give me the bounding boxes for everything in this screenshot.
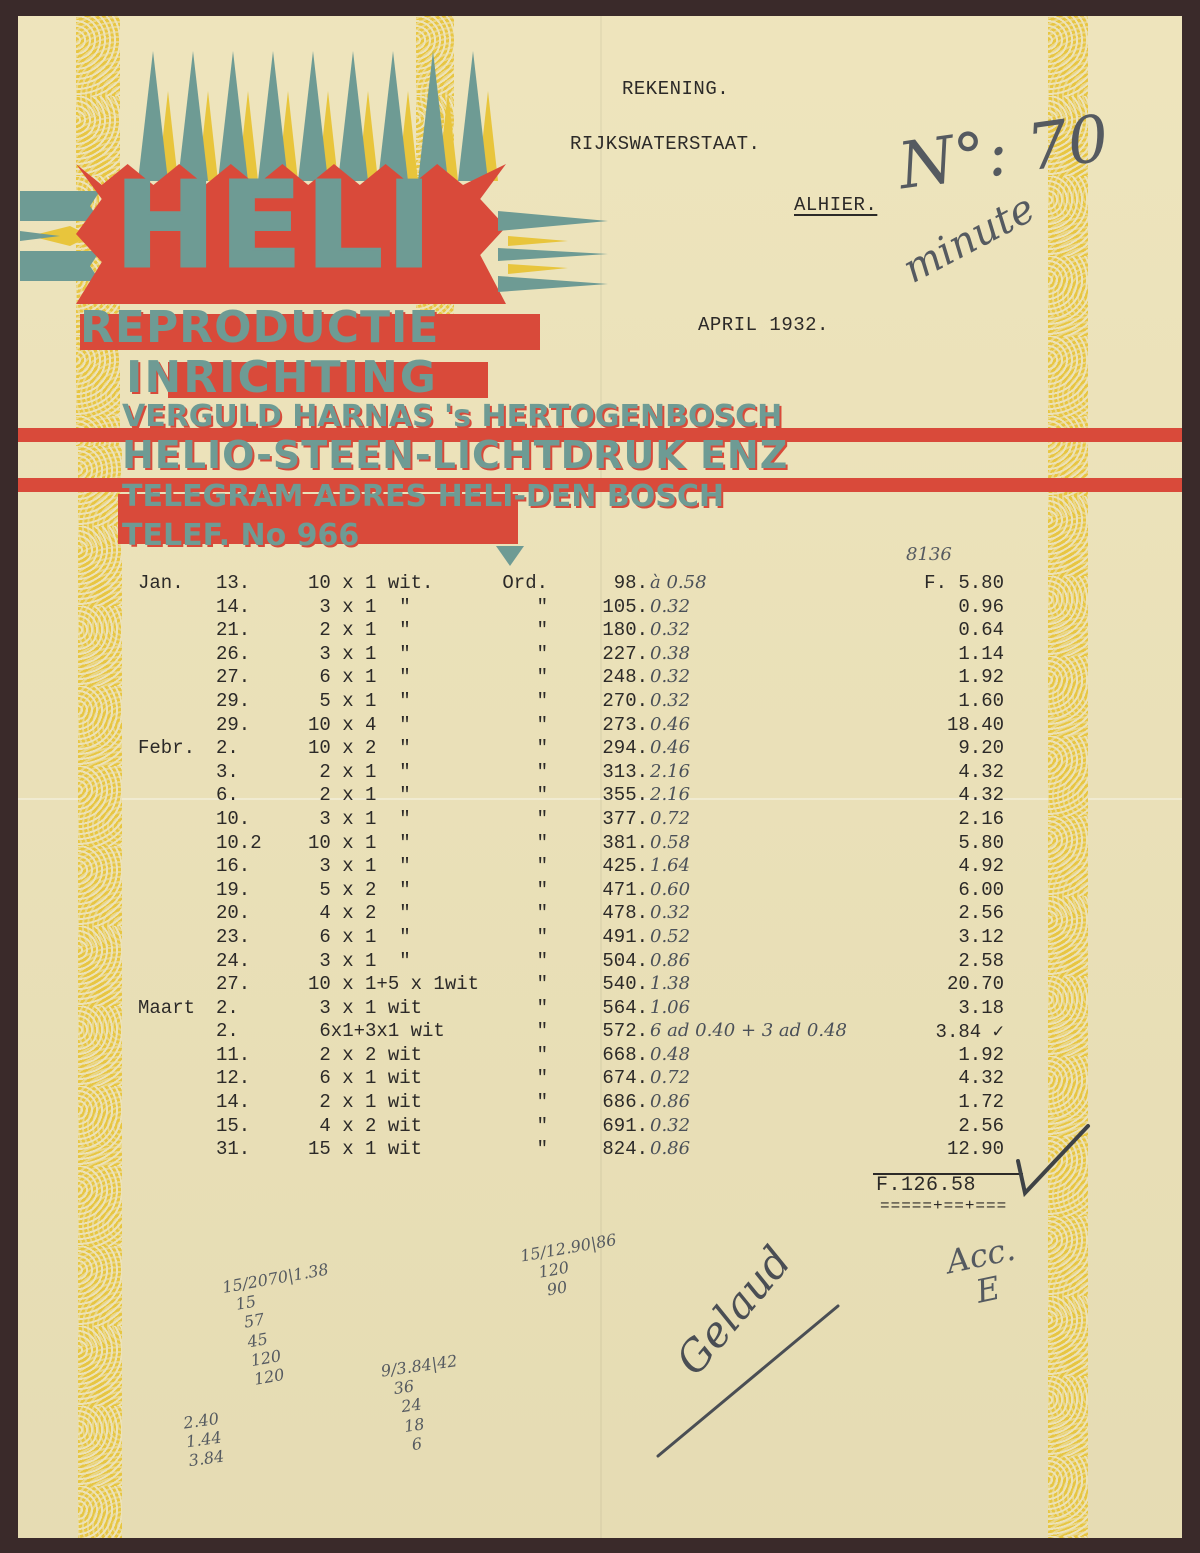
row-reference: 425. xyxy=(548,855,648,877)
handwritten-calculation: 9/3.84|42 36 24 18 6 xyxy=(380,1351,470,1457)
recipient-location: ALHIER. xyxy=(794,194,877,216)
brand-title: HELI xyxy=(115,166,436,284)
row-handwritten-rate: 0.86 xyxy=(650,1138,690,1159)
row-handwritten-rate: 0.32 xyxy=(650,1115,690,1136)
table-row: 15. 4 x 2 wit"691.0.322.56 xyxy=(118,1115,1118,1139)
row-reference: 471. xyxy=(548,879,648,901)
row-day: 27. xyxy=(216,973,286,995)
row-amount: 3.12 xyxy=(858,926,1004,948)
row-amount: 6.00 xyxy=(858,879,1004,901)
row-handwritten-rate: 1.64 xyxy=(650,855,690,876)
row-day: 29. xyxy=(216,690,286,712)
row-amount: 9.20 xyxy=(858,737,1004,759)
letterhead-phone: TELEF. No 966 xyxy=(122,521,359,551)
triangle-pointer-icon xyxy=(496,546,524,566)
row-type: " xyxy=(468,690,548,712)
row-handwritten-rate: 0.38 xyxy=(650,643,690,664)
row-day: 11. xyxy=(216,1044,286,1066)
row-amount: 3.18 xyxy=(858,997,1004,1019)
row-amount: 1.92 xyxy=(858,666,1004,688)
row-reference: 294. xyxy=(548,737,648,759)
row-day: 12. xyxy=(216,1067,286,1089)
table-row: 14. 2 x 1 wit"686.0.861.72 xyxy=(118,1091,1118,1115)
row-reference: 313. xyxy=(548,761,648,783)
recipient: RIJKSWATERSTAAT. xyxy=(570,133,760,155)
row-amount: 1.72 xyxy=(858,1091,1004,1113)
table-row: 10.210 x 1 ""381.0.585.80 xyxy=(118,832,1118,856)
row-reference: 478. xyxy=(548,902,648,924)
row-type: " xyxy=(468,737,548,759)
row-reference: 270. xyxy=(548,690,648,712)
row-day: 29. xyxy=(216,714,286,736)
invoice-paper: HELI REPRODUCTIE INRICHTING VERGULD HARN… xyxy=(18,16,1182,1538)
table-row: 27.10 x 1+5 x 1wit"540.1.3820.70 xyxy=(118,973,1118,997)
row-amount: 2.56 xyxy=(858,902,1004,924)
checkmark-icon xyxy=(1013,1121,1093,1201)
row-amount: 0.96 xyxy=(858,596,1004,618)
row-handwritten-rate: 0.72 xyxy=(650,808,690,829)
row-amount: 4.32 xyxy=(858,761,1004,783)
row-type: " xyxy=(468,1138,548,1160)
row-type: " xyxy=(468,1091,548,1113)
row-amount: 4.32 xyxy=(858,1067,1004,1089)
table-row: 10. 3 x 1 ""377.0.722.16 xyxy=(118,808,1118,832)
row-reference: 248. xyxy=(548,666,648,688)
row-reference: 377. xyxy=(548,808,648,830)
row-type: " xyxy=(468,950,548,972)
table-row: Jan.13.10 x 1 wit.Ord.98.à 0.58F. 5.80 xyxy=(118,572,1118,596)
table-row: 6. 2 x 1 ""355.2.164.32 xyxy=(118,784,1118,808)
row-type: " xyxy=(468,666,548,688)
row-handwritten-rate: 0.32 xyxy=(650,619,690,640)
row-reference: 491. xyxy=(548,926,648,948)
row-amount: 4.32 xyxy=(858,784,1004,806)
row-amount: 2.16 xyxy=(858,808,1004,830)
row-amount: 1.14 xyxy=(858,643,1004,665)
total-double-underline: =====+==+=== xyxy=(880,1197,1007,1215)
letterhead-line: REPRODUCTIE xyxy=(80,306,439,350)
table-row: 20. 4 x 2 ""478.0.322.56 xyxy=(118,902,1118,926)
invoice-date: APRIL 1932. xyxy=(698,314,829,336)
row-type: " xyxy=(468,808,548,830)
row-reference: 564. xyxy=(548,997,648,1019)
row-type: " xyxy=(468,997,548,1019)
row-amount: F. 5.80 xyxy=(858,572,1004,594)
table-row: Maart2. 3 x 1 wit"564.1.063.18 xyxy=(118,997,1118,1021)
row-day: 20. xyxy=(216,902,286,924)
row-type: " xyxy=(468,1020,548,1042)
row-reference: 824. xyxy=(548,1138,648,1160)
row-amount: 12.90 xyxy=(858,1138,1004,1160)
row-amount: 18.40 xyxy=(858,714,1004,736)
row-amount: 2.56 xyxy=(858,1115,1004,1137)
row-type: " xyxy=(468,879,548,901)
row-type: " xyxy=(468,784,548,806)
row-amount: 5.80 xyxy=(858,832,1004,854)
table-row: 12. 6 x 1 wit"674.0.724.32 xyxy=(118,1067,1118,1091)
table-row: 27. 6 x 1 ""248.0.321.92 xyxy=(118,666,1118,690)
row-day: 24. xyxy=(216,950,286,972)
row-handwritten-rate: 0.86 xyxy=(650,1091,690,1112)
row-type: " xyxy=(468,761,548,783)
row-handwritten-rate: 0.58 xyxy=(650,832,690,853)
row-month: Febr. xyxy=(138,737,218,759)
letterhead-telegram: TELEGRAM ADRES HELI-DEN BOSCH xyxy=(122,482,724,512)
row-handwritten-rate: 0.72 xyxy=(650,1067,690,1088)
row-handwritten-rate: 0.32 xyxy=(650,666,690,687)
row-handwritten-rate: 0.32 xyxy=(650,690,690,711)
row-day: 2. xyxy=(216,997,286,1019)
table-row: 16. 3 x 1 ""425.1.644.92 xyxy=(118,855,1118,879)
row-handwritten-rate: 0.46 xyxy=(650,714,690,735)
row-month: Jan. xyxy=(138,572,218,594)
row-type: " xyxy=(468,926,548,948)
row-day: 10.2 xyxy=(216,832,286,854)
row-handwritten-rate: 0.32 xyxy=(650,902,690,923)
row-day: 27. xyxy=(216,666,286,688)
row-reference: 674. xyxy=(548,1067,648,1089)
row-reference: 691. xyxy=(548,1115,648,1137)
row-type: " xyxy=(468,1044,548,1066)
row-day: 10. xyxy=(216,808,286,830)
row-handwritten-rate: 1.06 xyxy=(650,997,690,1018)
row-type: " xyxy=(468,973,548,995)
row-day: 3. xyxy=(216,761,286,783)
row-day: 19. xyxy=(216,879,286,901)
row-amount: 3.84 ✓ xyxy=(858,1020,1004,1043)
invoice-total: F.126.58 xyxy=(876,1174,976,1197)
letterhead-services: HELIO-STEEN-LICHTDRUK ENZ xyxy=(122,436,788,474)
row-reference: 381. xyxy=(548,832,648,854)
row-type: " xyxy=(468,855,548,877)
row-amount: 4.92 xyxy=(858,855,1004,877)
row-handwritten-rate: 0.52 xyxy=(650,926,690,947)
row-reference: 540. xyxy=(548,973,648,995)
row-reference: 504. xyxy=(548,950,648,972)
row-reference: 572. xyxy=(548,1020,648,1042)
row-handwritten-rate: 0.60 xyxy=(650,879,690,900)
row-month: Maart xyxy=(138,997,218,1019)
row-day: 23. xyxy=(216,926,286,948)
row-day: 6. xyxy=(216,784,286,806)
row-reference: 98. xyxy=(548,572,648,594)
table-row: 29.10 x 4 ""273.0.4618.40 xyxy=(118,714,1118,738)
table-row: 19. 5 x 2 ""471.0.606.00 xyxy=(118,879,1118,903)
row-amount: 1.92 xyxy=(858,1044,1004,1066)
letterhead-line: INRICHTING xyxy=(126,356,438,400)
row-reference: 355. xyxy=(548,784,648,806)
row-type: " xyxy=(468,832,548,854)
row-reference: 105. xyxy=(548,596,648,618)
row-type: Ord. xyxy=(468,572,548,594)
row-type: " xyxy=(468,902,548,924)
row-day: 16. xyxy=(216,855,286,877)
row-amount: 2.58 xyxy=(858,950,1004,972)
row-type: " xyxy=(468,619,548,641)
row-reference: 686. xyxy=(548,1091,648,1113)
row-type: " xyxy=(468,1067,548,1089)
row-handwritten-rate: 0.48 xyxy=(650,1044,690,1065)
row-type: " xyxy=(468,714,548,736)
row-day: 26. xyxy=(216,643,286,665)
invoice-ledger: Jan.13.10 x 1 wit.Ord.98.à 0.58F. 5.8014… xyxy=(118,572,1118,1162)
letterhead-logo: HELI REPRODUCTIE INRICHTING VERGULD HARN… xyxy=(18,16,1182,576)
row-day: 2. xyxy=(216,1020,286,1042)
row-handwritten-rate: 1.38 xyxy=(650,973,690,994)
handwritten-calculation: 15/2070|1.38 15 57 45 120 120 xyxy=(221,1260,347,1392)
table-row: 14. 3 x 1 ""105.0.320.96 xyxy=(118,596,1118,620)
row-amount: 20.70 xyxy=(858,973,1004,995)
table-row: Febr.2.10 x 2 ""294.0.469.20 xyxy=(118,737,1118,761)
table-row: 23. 6 x 1 ""491.0.523.12 xyxy=(118,926,1118,950)
table-row: 26. 3 x 1 ""227.0.381.14 xyxy=(118,643,1118,667)
row-amount: 0.64 xyxy=(858,619,1004,641)
approval-note: Acc. E xyxy=(943,1232,1025,1315)
row-amount: 1.60 xyxy=(858,690,1004,712)
row-handwritten-rate: 0.46 xyxy=(650,737,690,758)
table-row: 29. 5 x 1 ""270.0.321.60 xyxy=(118,690,1118,714)
table-row: 3. 2 x 1 ""313.2.164.32 xyxy=(118,761,1118,785)
row-handwritten-rate: 2.16 xyxy=(650,784,690,805)
table-row: 2. 6x1+3x1 wit"572.6 ad 0.40 + 3 ad 0.48… xyxy=(118,1020,1118,1044)
row-reference: 180. xyxy=(548,619,648,641)
row-handwritten-rate: 0.32 xyxy=(650,596,690,617)
row-type: " xyxy=(468,596,548,618)
row-day: 14. xyxy=(216,596,286,618)
row-day: 21. xyxy=(216,619,286,641)
row-reference: 273. xyxy=(548,714,648,736)
row-type: " xyxy=(468,1115,548,1137)
arrow-ornament-right-icon xyxy=(498,206,608,296)
row-handwritten-rate: à 0.58 xyxy=(650,572,707,593)
row-reference: 227. xyxy=(548,643,648,665)
row-day: 2. xyxy=(216,737,286,759)
table-row: 11. 2 x 2 wit"668.0.481.92 xyxy=(118,1044,1118,1068)
row-day: 31. xyxy=(216,1138,286,1160)
handwritten-calculation: 15/12.90|86 120 90 xyxy=(519,1230,625,1304)
row-day: 14. xyxy=(216,1091,286,1113)
row-type: " xyxy=(468,643,548,665)
document-title: REKENING. xyxy=(622,78,729,100)
handwritten-top-note: 8136 xyxy=(906,544,952,565)
row-day: 13. xyxy=(216,572,286,594)
row-handwritten-rate: 0.86 xyxy=(650,950,690,971)
decorative-border-left xyxy=(78,446,122,1538)
row-handwritten-rate: 2.16 xyxy=(650,761,690,782)
row-reference: 668. xyxy=(548,1044,648,1066)
row-handwritten-rate: 6 ad 0.40 + 3 ad 0.48 xyxy=(650,1020,847,1041)
letterhead-address: VERGULD HARNAS 's HERTOGENBOSCH xyxy=(122,402,782,432)
table-row: 31.15 x 1 wit"824.0.8612.90 xyxy=(118,1138,1118,1162)
table-row: 24. 3 x 1 ""504.0.862.58 xyxy=(118,950,1118,974)
row-day: 15. xyxy=(216,1115,286,1137)
table-row: 21. 2 x 1 ""180.0.320.64 xyxy=(118,619,1118,643)
handwritten-calculation: 2.40 1.44 3.84 xyxy=(182,1409,225,1471)
